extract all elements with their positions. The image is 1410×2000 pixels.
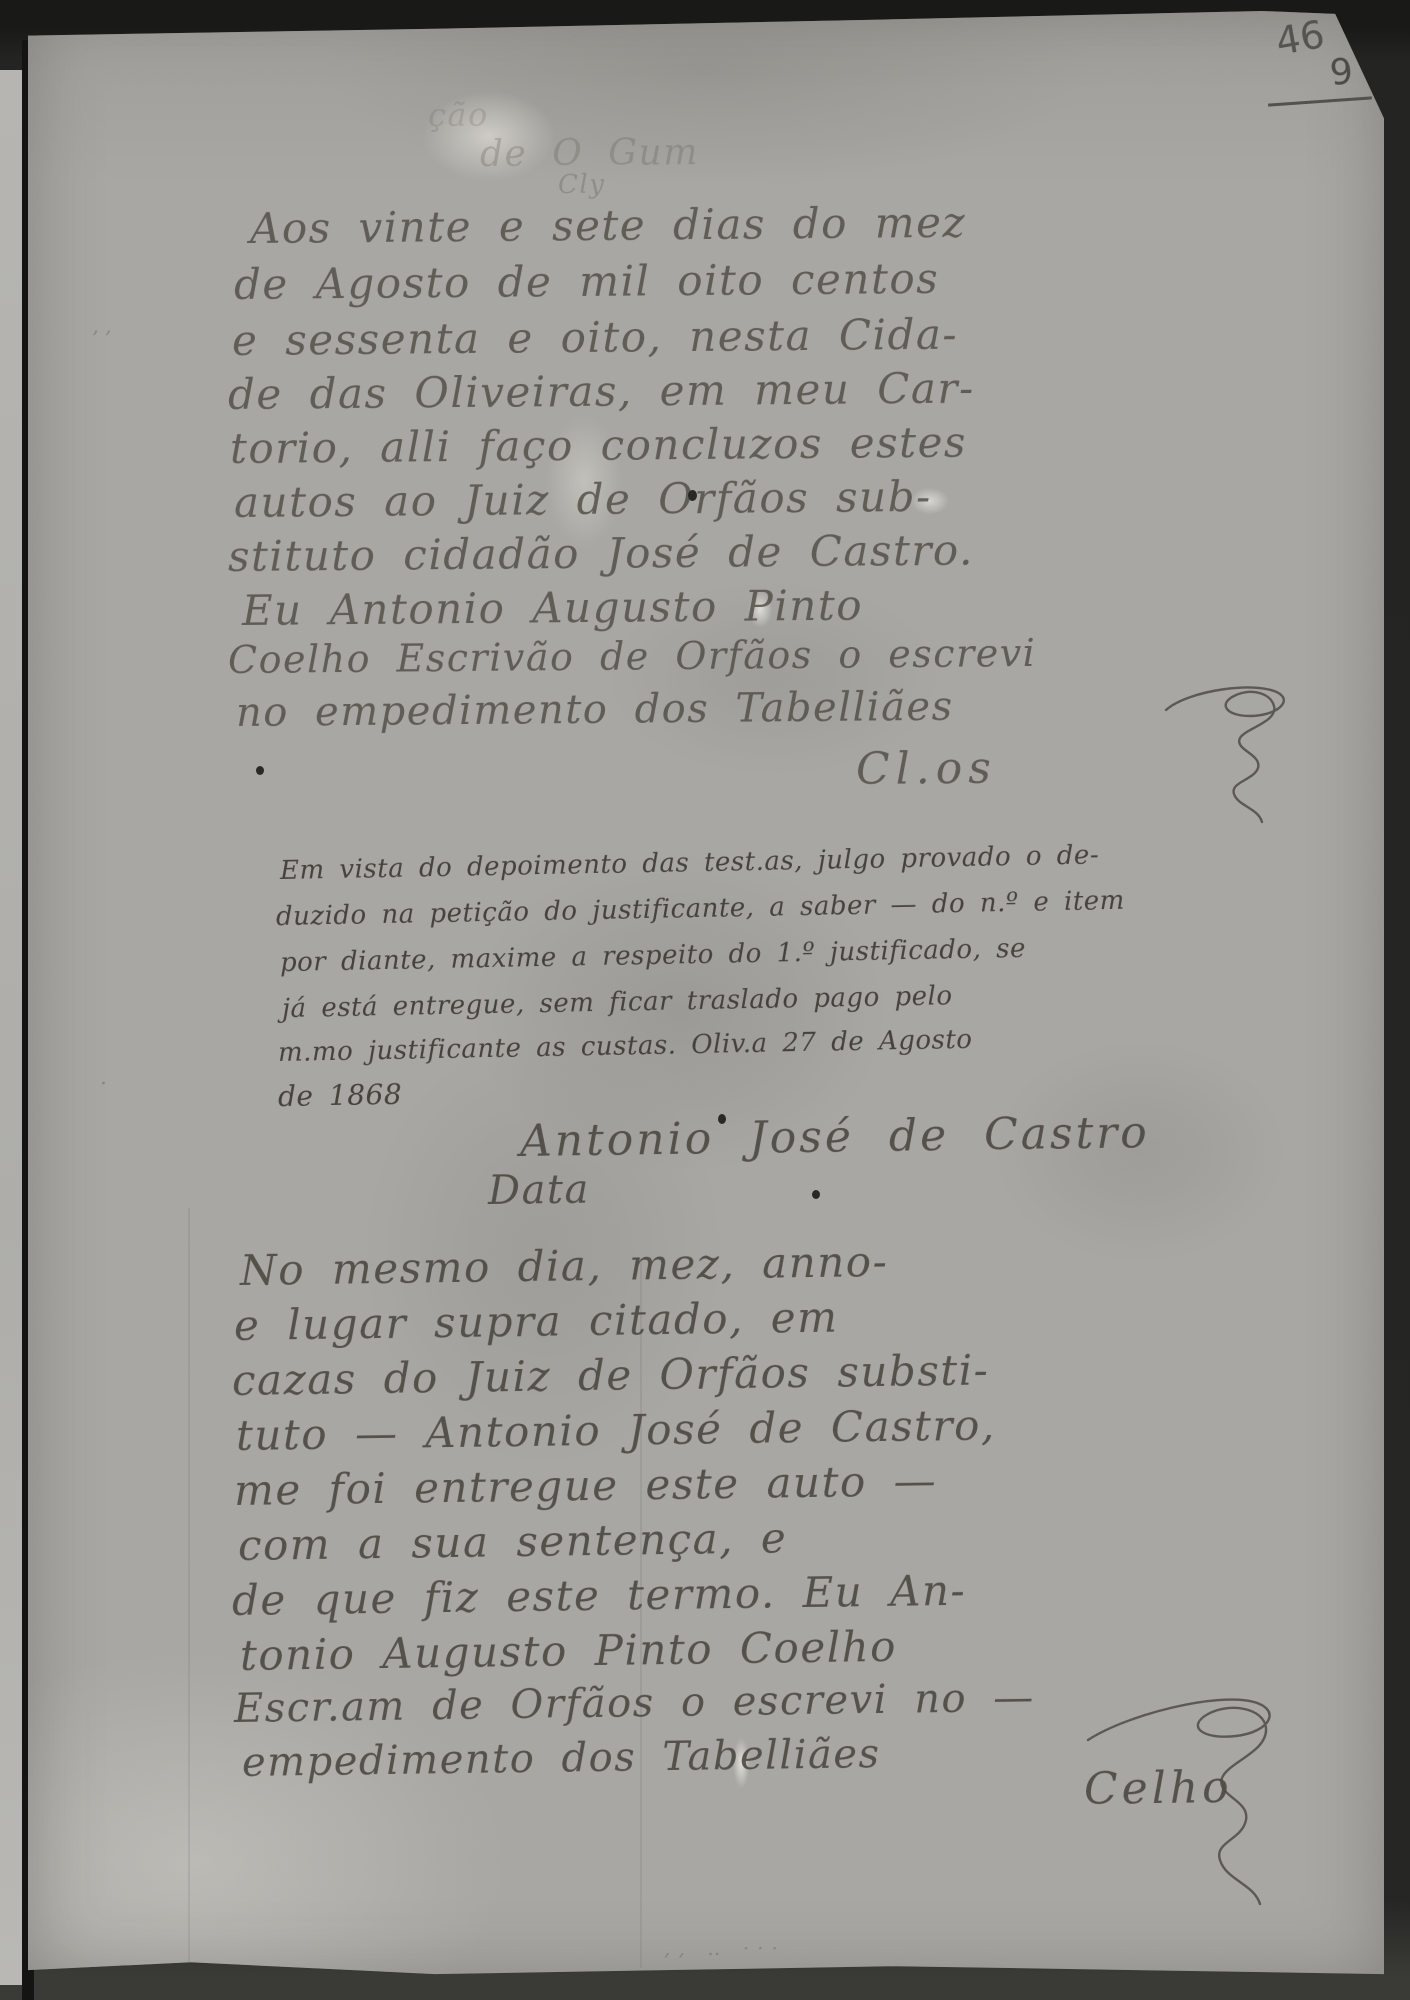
faded-heading-line: Cly (558, 170, 606, 200)
manuscript-line: Aos vinte e sete dias do mez (250, 198, 967, 253)
manuscript-line: tuto — Antonio José de Castro, (236, 1400, 996, 1460)
manuscript-line: de que fiz este termo. Eu An- (232, 1566, 967, 1625)
manuscript-line: stituto cidadão José de Castro. (228, 525, 974, 581)
manuscript-line: no empedimento dos Tabelliães (236, 684, 954, 736)
manuscript-line: Coelho Escrivão de Orfãos o escrevi (228, 631, 1037, 682)
margin-mark: · (100, 1072, 107, 1097)
margin-mark: ’ ’ (92, 326, 111, 350)
paper-fold-line (188, 1208, 190, 1968)
manuscript-line: já está entregue, sem ficar traslado pag… (282, 981, 953, 1024)
faded-heading-line: ção (428, 95, 489, 134)
ink-dot (256, 766, 264, 775)
manuscript-line: por diante, maxime a respeito do 1.º jus… (280, 934, 1026, 978)
ink-dot (718, 1114, 726, 1124)
manuscript-line: autos ao Juiz de Orfãos sub- (234, 472, 932, 527)
manuscript-line: empedimento dos Tabelliães (242, 1731, 881, 1786)
escrivao-rubric-flourish (1068, 1644, 1308, 1914)
manuscript-line: Eu Antonio Augusto Pinto (242, 581, 863, 635)
ink-dot (812, 1190, 820, 1199)
manuscript-line: com a sua sentença, e (238, 1513, 788, 1570)
manuscript-line: e sessenta e oito, nesta Cida- (232, 310, 959, 365)
stray-marks: ,‚ ‥ ··· (664, 1936, 786, 1960)
data-label: Data (488, 1167, 590, 1214)
manuscript-line: torio, alli faço concluzos estes (230, 418, 967, 473)
page-number-underline (1268, 96, 1372, 106)
faded-heading-line: de O Gum (480, 132, 699, 175)
manuscript-line: de Agosto de mil oito centos (234, 254, 940, 309)
manuscript-page: 46 9 ção de O Gum Cly Aos vinte e sete d… (28, 8, 1384, 1980)
manuscript-line: de 1868 (278, 1078, 403, 1113)
folio-number-pencil: 46 (1273, 12, 1328, 64)
manuscript-line: e lugar supra citado, em (234, 1293, 839, 1350)
ink-dot (688, 490, 697, 501)
manuscript-line: No mesmo dia, mez, anno- (240, 1237, 889, 1295)
manuscript-line: cazas do Juiz de Orfãos substi- (232, 1345, 990, 1405)
judge-signature: Antonio José de Castro (520, 1107, 1150, 1167)
document-scan: 46 9 ção de O Gum Cly Aos vinte e sete d… (0, 0, 1410, 2000)
manuscript-line: me foi entregue este auto — (234, 1456, 938, 1515)
margin-flourish (1160, 676, 1300, 826)
manuscript-line: duzido na petição do justificante, a sab… (276, 886, 1125, 932)
adjacent-page-edge (0, 70, 22, 1985)
manuscript-line: tonio Augusto Pinto Coelho (240, 1622, 898, 1680)
page-number-pencil: 9 (1328, 51, 1355, 94)
conclusao-rubric: Cl.os (856, 743, 997, 795)
manuscript-line: Escr.am de Orfãos o escrevi no — (234, 1675, 1035, 1732)
manuscript-line: Em vista do depoimento das test.as, julg… (280, 840, 1100, 886)
manuscript-line: m.mo justificante as custas. Oliv.a 27 d… (278, 1025, 973, 1068)
manuscript-line: de das Oliveiras, em meu Car- (228, 363, 975, 419)
